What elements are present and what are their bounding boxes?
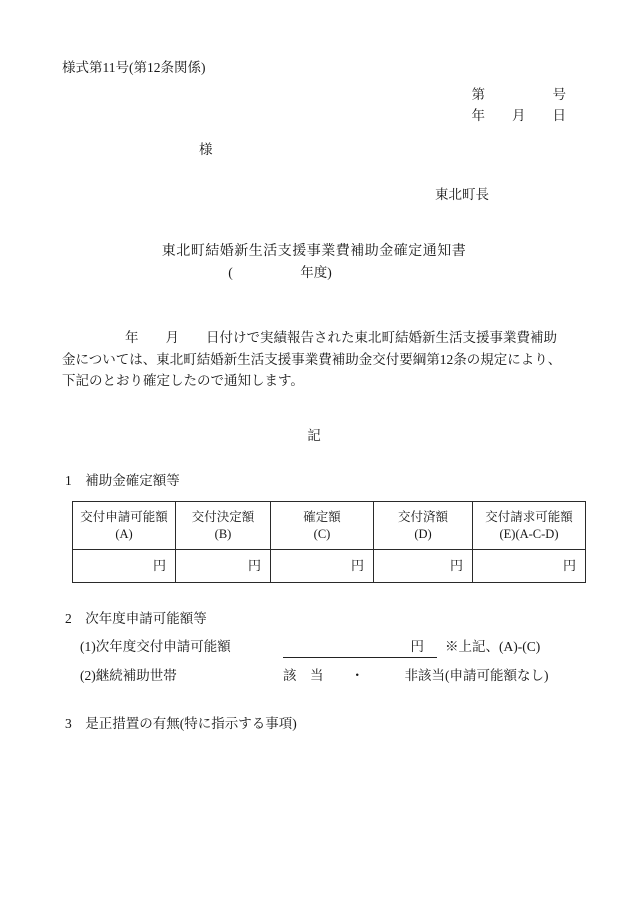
document-page: 様式第11号(第12条関係) 第 号 年 月 日 様 東北町長 東北町結婚新生活… <box>0 0 630 903</box>
col-header-claimable-amount: 交付請求可能額 (E)(A-C-D) <box>473 501 586 549</box>
continuing-household-options: 該 当 ・ 非該当(申請可能額なし) <box>283 668 549 683</box>
next-year-amount-item: (1)次年度交付申請可能額円※上記、(A)-(C) <box>62 636 566 658</box>
doc-number-block: 第 号 年 月 日 <box>62 84 566 126</box>
next-year-amount-label: (1)次年度交付申請可能額 <box>80 636 283 657</box>
next-year-amount-note: ※上記、(A)-(C) <box>445 639 540 654</box>
amount-cell-c: 円 <box>271 549 374 582</box>
body-line: 年 月 日付けで実績報告された東北町結婚新生活支援事業費補助 <box>62 327 566 349</box>
next-year-amount-blank: 円 <box>283 636 437 658</box>
body-line: 金については、東北町結婚新生活支援事業費補助金交付要綱第12条の規定により、 <box>62 349 566 371</box>
continuing-household-label: (2)継続補助世帯 <box>80 665 283 686</box>
fiscal-year-line: ( 年度) <box>28 263 532 282</box>
sender-line: 東北町長 <box>62 185 566 204</box>
document-title: 東北町結婚新生活支援事業費補助金確定通知書 <box>62 242 566 261</box>
doc-date-line: 年 月 日 <box>62 105 566 126</box>
form-number: 様式第11号(第12条関係) <box>62 0 566 77</box>
body-paragraph: 年 月 日付けで実績報告された東北町結婚新生活支援事業費補助 金については、東北… <box>62 327 566 392</box>
table-value-row: 円 円 円 円 円 <box>73 549 586 582</box>
col-header-determined-amount: 確定額 (C) <box>271 501 374 549</box>
document-content: 様式第11号(第12条関係) 第 号 年 月 日 様 東北町長 東北町結婚新生活… <box>0 0 630 733</box>
col-header-decision-amount: 交付決定額 (B) <box>176 501 271 549</box>
col-header-application-amount: 交付申請可能額 (A) <box>73 501 176 549</box>
record-marker: 記 <box>62 426 566 445</box>
section1-heading: 1 補助金確定額等 <box>62 471 566 490</box>
amount-cell-b: 円 <box>176 549 271 582</box>
body-line: 下記のとおり確定したので通知します。 <box>62 370 566 392</box>
col-header-paid-amount: 交付済額 (D) <box>374 501 473 549</box>
section3-heading: 3 是正措置の有無(特に指示する事項) <box>62 714 566 733</box>
section2-heading: 2 次年度申請可能額等 <box>62 609 566 628</box>
amount-cell-e: 円 <box>473 549 586 582</box>
table-header-row: 交付申請可能額 (A) 交付決定額 (B) 確定額 (C) 交付済額 (D) 交… <box>73 501 586 549</box>
addressee-line: 様 <box>62 140 566 159</box>
amount-cell-d: 円 <box>374 549 473 582</box>
subsidy-amount-table: 交付申請可能額 (A) 交付決定額 (B) 確定額 (C) 交付済額 (D) 交… <box>72 501 586 583</box>
amount-cell-a: 円 <box>73 549 176 582</box>
continuing-household-item: (2)継続補助世帯該 当 ・ 非該当(申請可能額なし) <box>62 665 566 686</box>
doc-number-line: 第 号 <box>62 84 566 105</box>
